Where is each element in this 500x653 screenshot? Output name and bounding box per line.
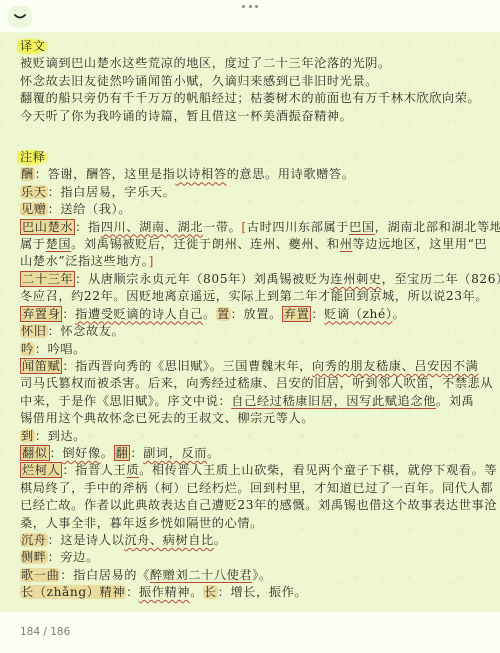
note-text: ：指 — [75, 220, 101, 234]
note-item: 到：到达。 — [20, 428, 482, 445]
note-term: 翻似 — [20, 445, 50, 461]
notes-heading: 注释 — [17, 149, 49, 166]
underlined-text: 贬谪（zhé） — [324, 307, 392, 321]
note-text: ，至宝历二年（826） — [382, 272, 500, 286]
note-text: 。刘禹锡被贬后，迁徙于朗州、连州、夔州、和 — [71, 237, 340, 251]
note-text: ：指西晋向秀的《思旧赋》。三国曹魏末年， — [62, 359, 312, 373]
underlined-text: 四川、湖南、湖北 — [101, 220, 203, 234]
note-text: 。 — [207, 446, 220, 460]
note-text: 。 — [214, 533, 227, 547]
note-item: 侧畔：旁边。 — [20, 549, 482, 566]
note-text: ： — [130, 446, 143, 460]
note-text: 古时四川东部属于 — [247, 220, 349, 234]
note-term: 见赠 — [20, 202, 48, 216]
note-text: ：指晋人王 — [62, 463, 126, 477]
note-text: ：指白居易，字乐天。 — [48, 185, 176, 199]
note-item: 巴山楚水：指四川、湖南、湖北一带。[古时四川东部属于巴国，湖南北部和湖北等地 属… — [20, 219, 482, 271]
footer-bar — [0, 612, 500, 653]
note-text: ：吟唱。 — [35, 342, 86, 356]
note-text: ：答谢，酬答，这里是指 — [35, 167, 176, 181]
note-text: 。刘禹 — [436, 394, 474, 408]
underlined-text: 沉舟、病树自比 — [124, 533, 214, 547]
underlined-text: 振作精神 — [139, 585, 190, 599]
translation-heading: 译文 — [17, 38, 49, 55]
note-term: 弃置身 — [20, 306, 62, 322]
more-dots-icon — [242, 5, 245, 8]
note-text: ：旁边。 — [48, 550, 99, 564]
note-text: 锡借用这个典故怀念已死去的王叔文、柳宗元等人。 — [20, 411, 314, 425]
note-text: 。 — [393, 307, 406, 321]
note-term: 到 — [20, 429, 35, 443]
more-options-button[interactable] — [242, 3, 258, 9]
translation-line: 翻覆的船只旁仍有千千万万的帆船经过；枯萎树木的前面也有万千林木欣欣向荣。 — [20, 90, 482, 107]
note-text: 山楚水”泛指这些地方。 — [20, 254, 149, 268]
note-term: 长（zhǎng）精神 — [20, 585, 126, 599]
underlined-text: 巴国 — [349, 220, 375, 234]
note-term: 二十三年 — [20, 271, 75, 287]
note-text: 中来，于是作《思旧赋》。序文中说： — [20, 394, 231, 408]
note-text: 的意思。用诗歌赠答。 — [227, 167, 355, 181]
note-text: 冬应召，约22年。因贬地离京遥远，实际上到第二年才能回到京城，所以说23年。 — [20, 289, 488, 303]
underlined-text: 倒好像 — [62, 446, 100, 460]
note-text: ：从唐顺宗永贞元年（805年）刘禹锡被贬为 — [75, 272, 330, 286]
note-item: 歌一曲：指白居易的《醉赠刘二十八使君》。 — [20, 567, 482, 584]
note-item: 吟：吟唱。 — [20, 341, 482, 358]
note-text: 等边远地区，这里用“巴 — [353, 237, 488, 251]
note-text: 司马氏篡权而被杀害。后来，向秀经过嵇康、吕安的旧居，听到邻人吹笛，不禁悲从 — [20, 376, 493, 390]
underlined-text: 质 — [126, 463, 139, 477]
note-text: ：这是诗人以 — [48, 533, 125, 547]
note-item: 烂柯人：指晋人王质。相传晋人王质上山砍柴，看见两个童子下棋，就停下观看。等 棋局… — [20, 462, 482, 532]
note-term: 翻 — [114, 445, 131, 461]
notes-body: 酬：答谢，酬答，这里是指以诗相答的意思。用诗歌赠答。 乐天：指白居易，字乐天。 … — [20, 166, 482, 601]
collapse-button[interactable] — [8, 6, 32, 28]
note-text: ：送给（我）。 — [48, 202, 131, 216]
dot — [249, 5, 252, 8]
note-item: 酬：答谢，酬答，这里是指以诗相答的意思。用诗歌赠答。 — [20, 166, 482, 183]
note-term: 闻笛赋 — [20, 358, 62, 374]
underlined-text: 副词，反而 — [143, 446, 207, 460]
underlined-text: 楚国 — [46, 237, 72, 251]
note-text: 已经亡故。作者以此典故表达自己遭贬23年的感慨。刘禹锡也借这个故事表达世事沧 — [20, 498, 497, 512]
note-item: 弃置身：指遭受贬谪的诗人自己。置：放置。弃置：贬谪（zhé）。 — [20, 306, 482, 323]
translation-line: 被贬谪到巴山楚水这些荒凉的地区，度过了二十三年沦落的光阴。 — [20, 55, 482, 72]
note-term: 歌一曲 — [20, 568, 60, 582]
note-text: 棋局终了，手中的斧柄（柯）已经朽烂。回到村里，才知道已过了一百年。同代人都 — [20, 481, 493, 495]
note-term: 长 — [203, 585, 218, 599]
note-text: ：放置。 — [231, 307, 282, 321]
note-text: 。 — [203, 307, 216, 321]
note-term: 置 — [216, 307, 231, 321]
underlined-text: 州 — [340, 237, 353, 251]
note-item: 见赠：送给（我）。 — [20, 201, 482, 218]
note-term: 怀旧 — [20, 324, 48, 338]
note-text: ，湖南北部和湖北等地 — [375, 220, 500, 234]
note-text: ：指白居易的《 — [60, 568, 150, 582]
note-text: 。 — [101, 446, 114, 460]
note-text: ： — [62, 307, 75, 321]
underlined-text: 醉赠刘二十八使君 — [150, 568, 252, 582]
underlined-text: 连州刺史 — [330, 272, 381, 286]
dot — [255, 5, 258, 8]
note-item: 怀旧：怀念故友。 — [20, 323, 482, 340]
note-text: 属于 — [20, 237, 46, 251]
note-text: ：增长，振作。 — [218, 585, 308, 599]
page-indicator: 184 / 186 — [16, 626, 74, 638]
note-text: 一带。 — [203, 220, 241, 234]
note-text: 。相传晋人王质上山砍柴，看见两个童子下棋，就停下观看。等 — [139, 463, 497, 477]
note-term: 酬 — [20, 167, 35, 181]
note-text: ：到达。 — [35, 429, 86, 443]
note-term: 侧畔 — [20, 550, 48, 564]
note-item: 乐天：指白居易，字乐天。 — [20, 184, 482, 201]
note-item: 长（zhǎng）精神：振作精神。长：增长，振作。 — [20, 584, 482, 601]
note-item: 翻似：倒好像。翻：副词，反而。 — [20, 445, 482, 462]
top-toolbar — [0, 0, 500, 32]
bracket-mark: ] — [149, 254, 154, 268]
underlined-text: 向秀的朋友嵇康、吕安因不满 — [312, 359, 478, 373]
note-text: 桑，人事全非，暮年返乡恍如隔世的心情。 — [20, 516, 263, 530]
underlined-text: 以诗相答 — [175, 167, 226, 181]
note-text: ：怀念故友。 — [48, 324, 125, 338]
note-term: 巴山楚水 — [20, 219, 75, 235]
note-text: ： — [50, 446, 63, 460]
underlined-text: 自己经过嵇康旧居，因写此赋追念他 — [231, 394, 436, 408]
note-term: 吟 — [20, 342, 35, 356]
note-item: 沉舟：这是诗人以沉舟、病树自比。 — [20, 532, 482, 549]
note-text: 。 — [190, 585, 203, 599]
note-term: 烂柯人 — [20, 462, 62, 478]
note-item: 二十三年：从唐顺宗永贞元年（805年）刘禹锡被贬为连州刺史，至宝历二年（826）… — [20, 271, 482, 306]
note-text: ： — [126, 585, 139, 599]
page-content: 译文 被贬谪到巴山楚水这些荒凉的地区，度过了二十三年沦落的光阴。 怀念故去旧友徒… — [20, 38, 482, 602]
note-term: 弃置 — [282, 306, 312, 322]
note-item: 闻笛赋：指西晋向秀的《思旧赋》。三国曹魏末年，向秀的朋友嵇康、吕安因不满 司马氏… — [20, 358, 482, 428]
note-term: 沉舟 — [20, 533, 48, 547]
note-text: 》。 — [252, 568, 271, 582]
underlined-text: 指遭受贬谪的诗人自己 — [75, 307, 203, 321]
translation-line: 今天听了你为我吟诵的诗篇，暂且借这一杯美酒振奋精神。 — [20, 108, 482, 125]
note-text: ： — [311, 307, 324, 321]
spacer — [20, 125, 482, 149]
translation-line: 怀念故去旧友徒然吟诵闻笛小赋，久谪归来感到已非旧时光景。 — [20, 73, 482, 90]
note-term: 乐天 — [20, 185, 48, 199]
chevron-down-icon — [14, 14, 26, 20]
translation-body: 被贬谪到巴山楚水这些荒凉的地区，度过了二十三年沦落的光阴。 怀念故去旧友徒然吟诵… — [20, 55, 482, 125]
